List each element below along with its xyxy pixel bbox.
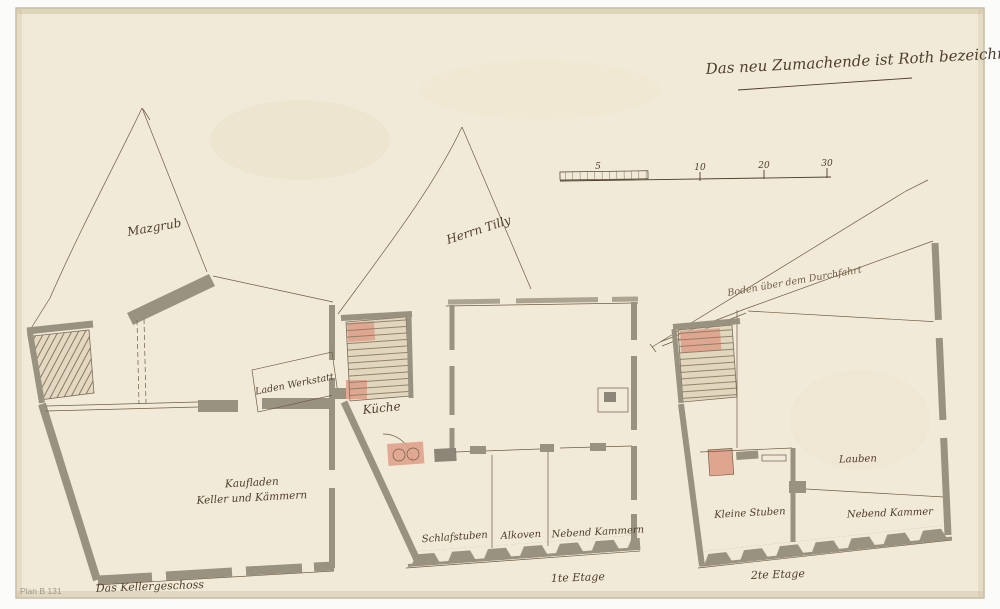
scale-label-20: 20 — [757, 161, 770, 171]
scale-label-10: 10 — [694, 163, 706, 173]
wall — [198, 400, 238, 412]
scale-label-5: 5 — [595, 162, 601, 172]
plan-drawing: Das neu Zumachende ist Roth bezeichnet. … — [0, 0, 1000, 609]
archive-reference: Plan B 131 — [20, 586, 62, 596]
new-red-oven — [708, 448, 734, 476]
loggia-label: Lauben — [838, 453, 877, 465]
scanned-plan-sheet: Das neu Zumachende ist Roth bezeichnet. … — [0, 0, 1000, 609]
second-floor-caption: 2te Etage — [750, 567, 806, 582]
first-floor-stairs — [341, 314, 412, 401]
first-floor-caption: 1te Etage — [551, 570, 606, 585]
second-floor-stairs — [673, 321, 740, 403]
alcove-label: Alkoven — [499, 529, 541, 542]
scale-label-30: 30 — [821, 159, 833, 169]
paper-stain — [420, 60, 660, 120]
paper-stain — [210, 100, 390, 180]
cellar-stairs — [27, 324, 94, 403]
